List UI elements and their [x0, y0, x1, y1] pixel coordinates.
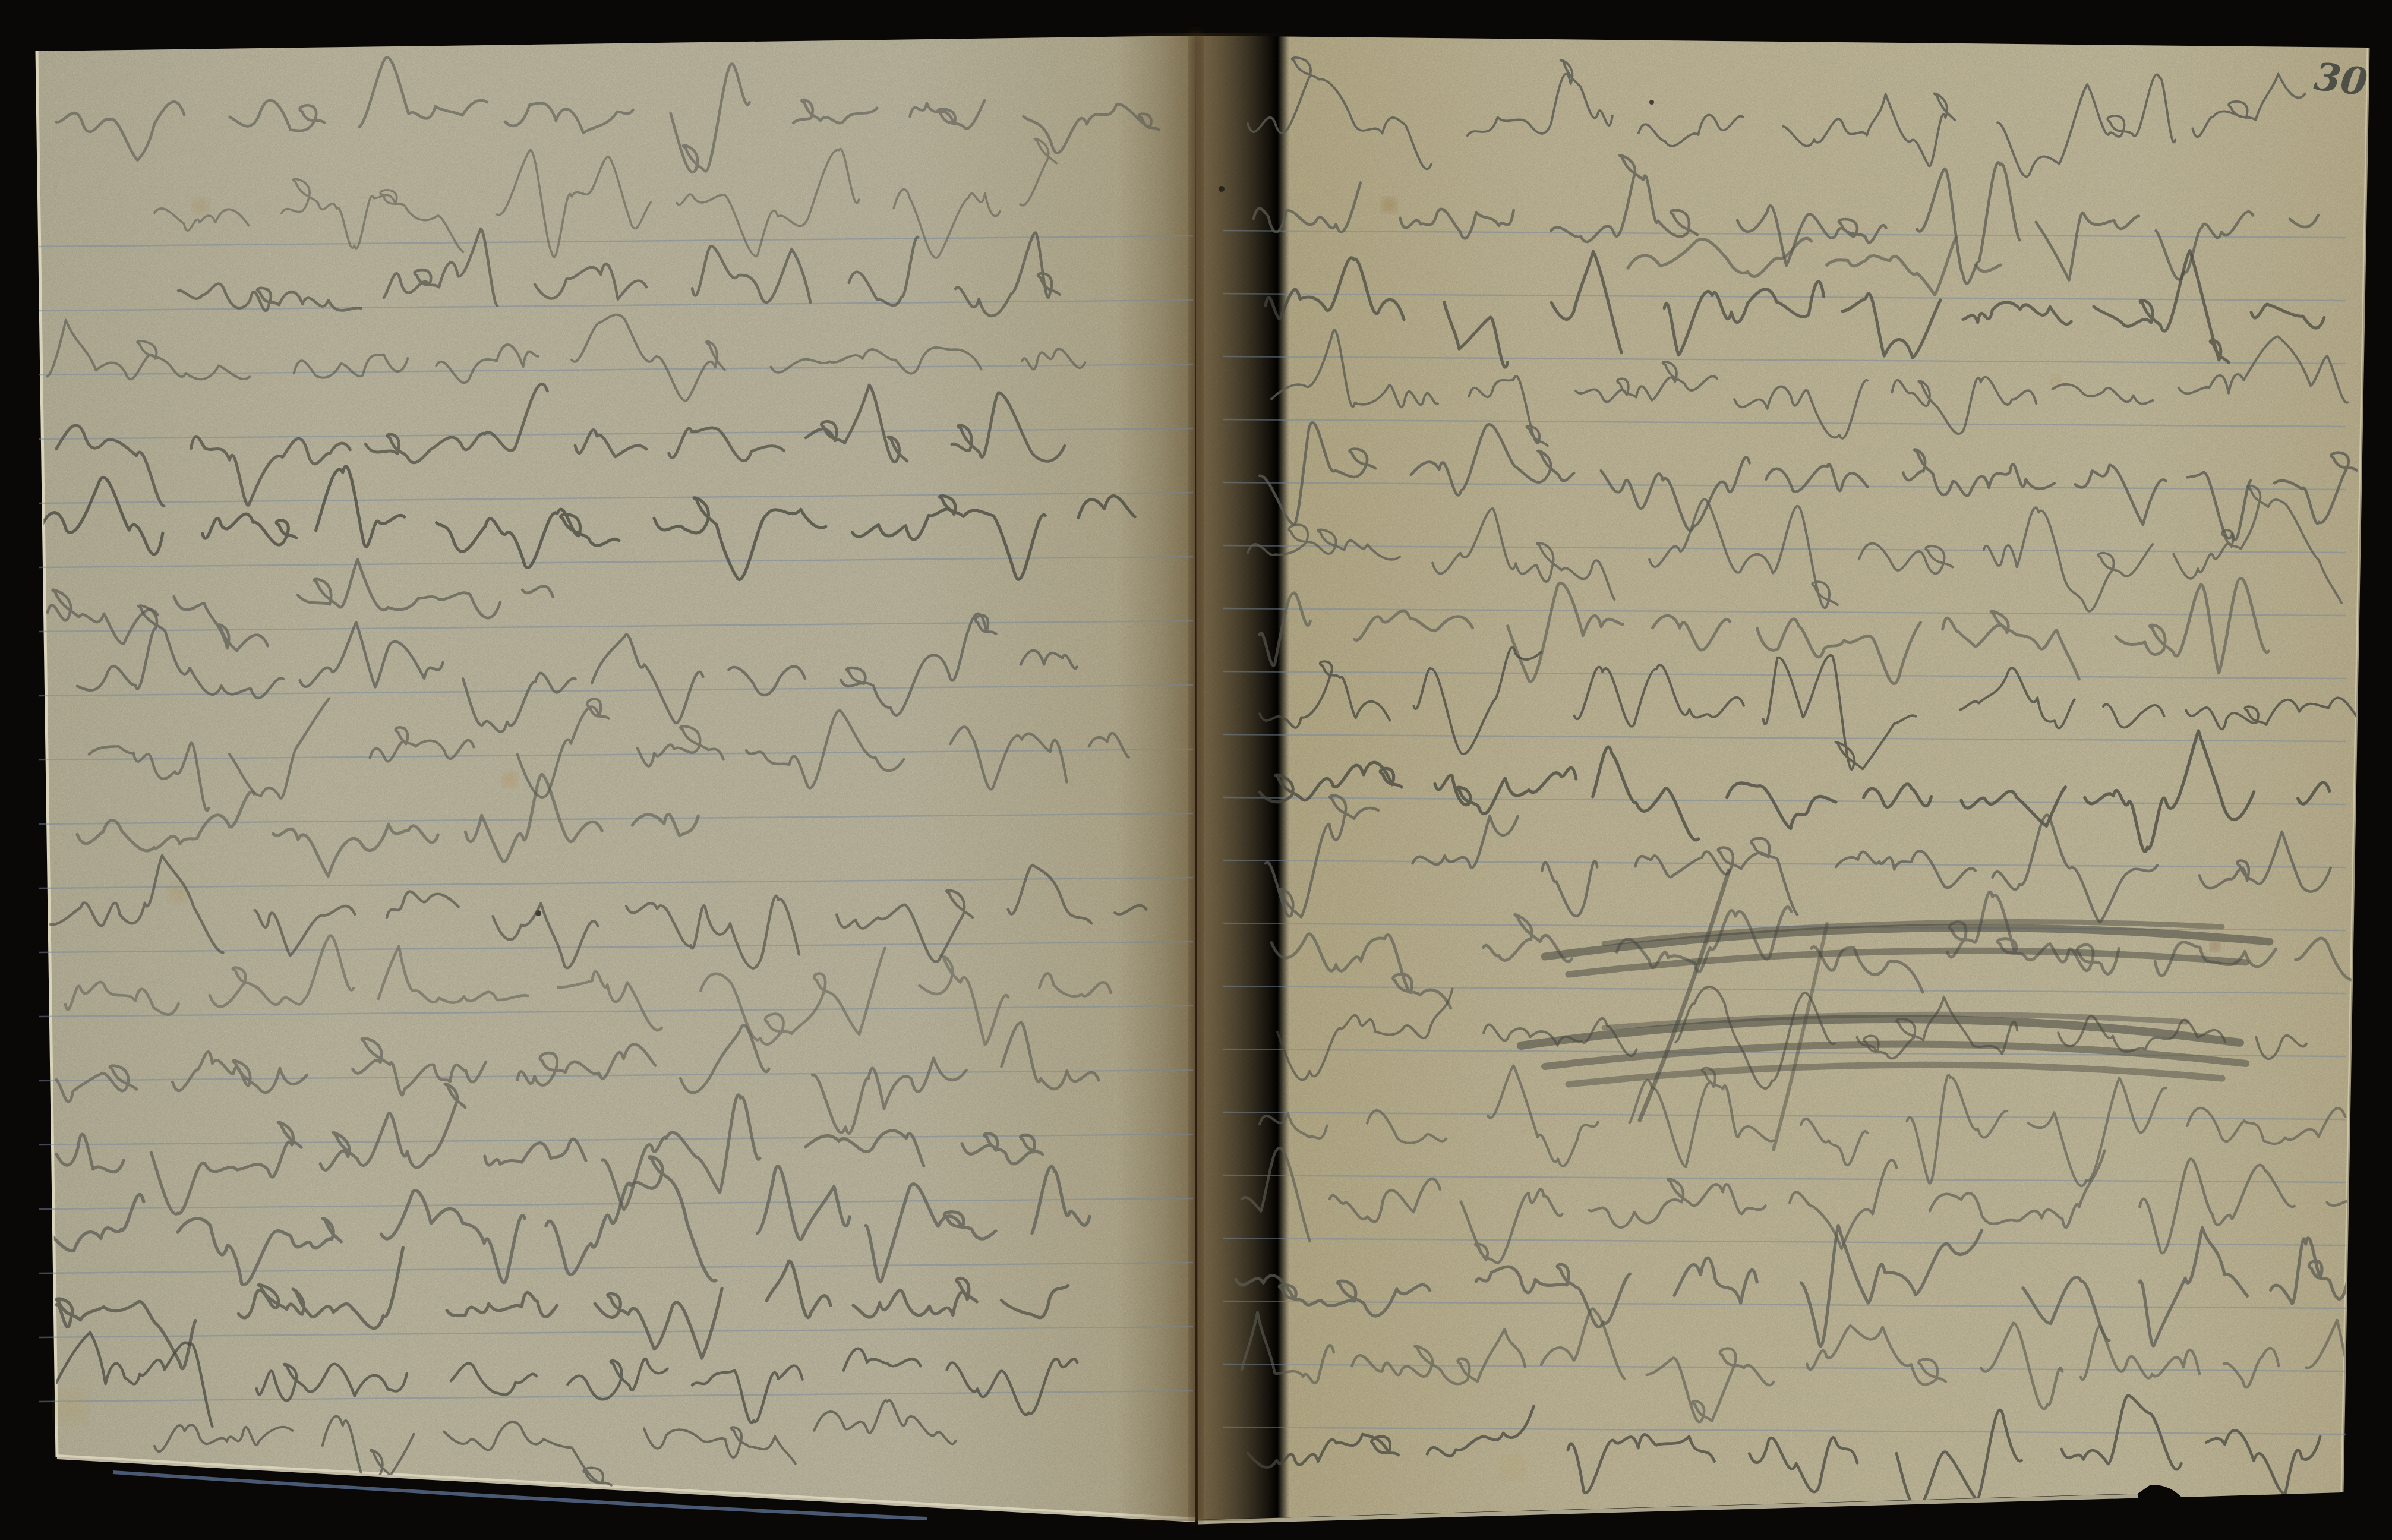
scanned-notebook-photo: 30 — [0, 0, 2392, 1540]
ink-speck — [1649, 100, 1654, 105]
gutter-shadow — [1117, 33, 1285, 1521]
page-number: 30 — [2312, 54, 2370, 105]
left-page — [37, 36, 1195, 1521]
ink-speck — [1219, 186, 1225, 192]
notebook-spread: 30 — [0, 0, 2392, 1540]
